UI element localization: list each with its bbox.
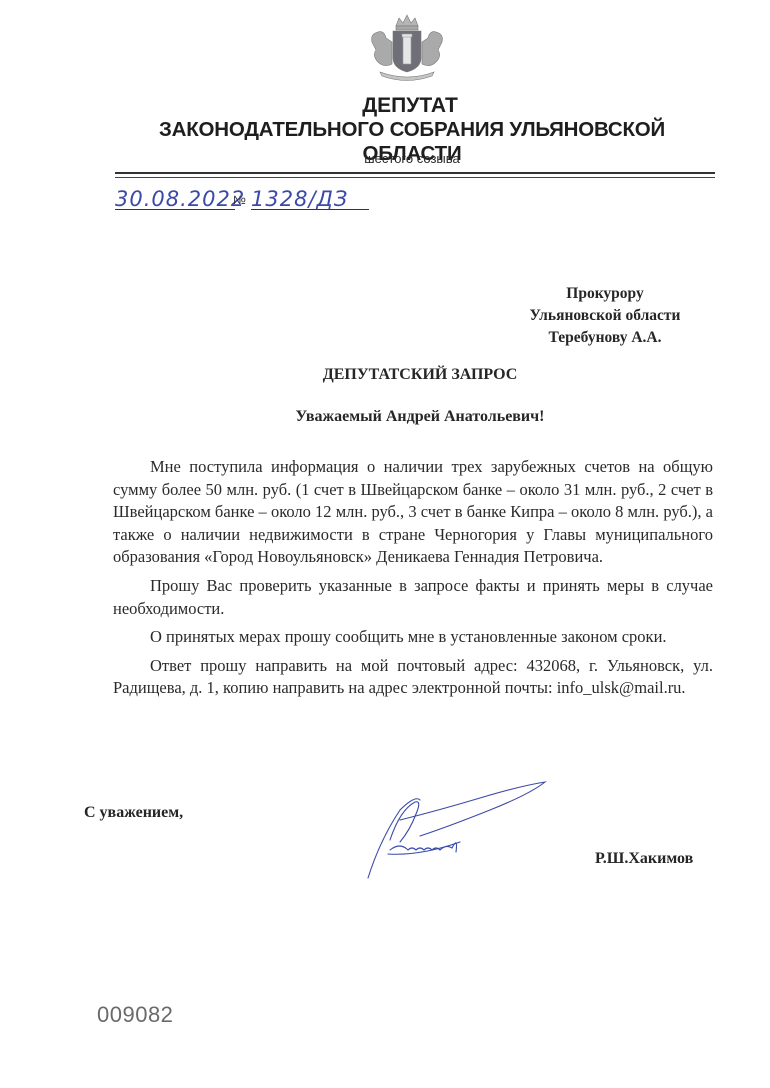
letterhead-convocation: шестого созыва xyxy=(112,151,712,166)
letterhead-title: ДЕПУТАТ xyxy=(0,94,770,118)
closing-regards: С уважением, xyxy=(84,804,183,822)
addressee-line-2: Ульяновской области xyxy=(480,305,730,327)
coat-of-arms-icon xyxy=(366,12,448,84)
registration-number: 1328/ДЗ xyxy=(251,187,369,210)
signer-name: Р.Ш.Хакимов xyxy=(595,850,693,868)
body-paragraph: Прошу Вас проверить указанные в запросе … xyxy=(113,575,713,620)
addressee-line-1: Прокурору xyxy=(480,283,730,305)
letterhead-rule-thin xyxy=(115,177,715,178)
body-paragraph: Ответ прошу направить на мой почтовый ад… xyxy=(113,655,713,700)
document-title: ДЕПУТАТСКИЙ ЗАПРОС xyxy=(0,366,770,384)
letter-body: Мне поступила информация о наличии трех … xyxy=(113,456,713,706)
number-sign: № xyxy=(233,193,246,207)
greeting: Уважаемый Андрей Анатольевич! xyxy=(0,408,770,426)
serial-number: 009082 xyxy=(97,1002,173,1028)
letterhead-rule-thick xyxy=(115,172,715,174)
addressee-block: Прокурору Ульяновской области Теребунову… xyxy=(480,283,730,349)
body-paragraph: О принятых мерах прошу сообщить мне в ус… xyxy=(113,626,713,649)
addressee-line-3: Теребунову А.А. xyxy=(480,327,730,349)
body-paragraph: Мне поступила информация о наличии трех … xyxy=(113,456,713,569)
registration-date: 30.08.2022 xyxy=(115,187,235,210)
signature-icon xyxy=(360,780,550,880)
